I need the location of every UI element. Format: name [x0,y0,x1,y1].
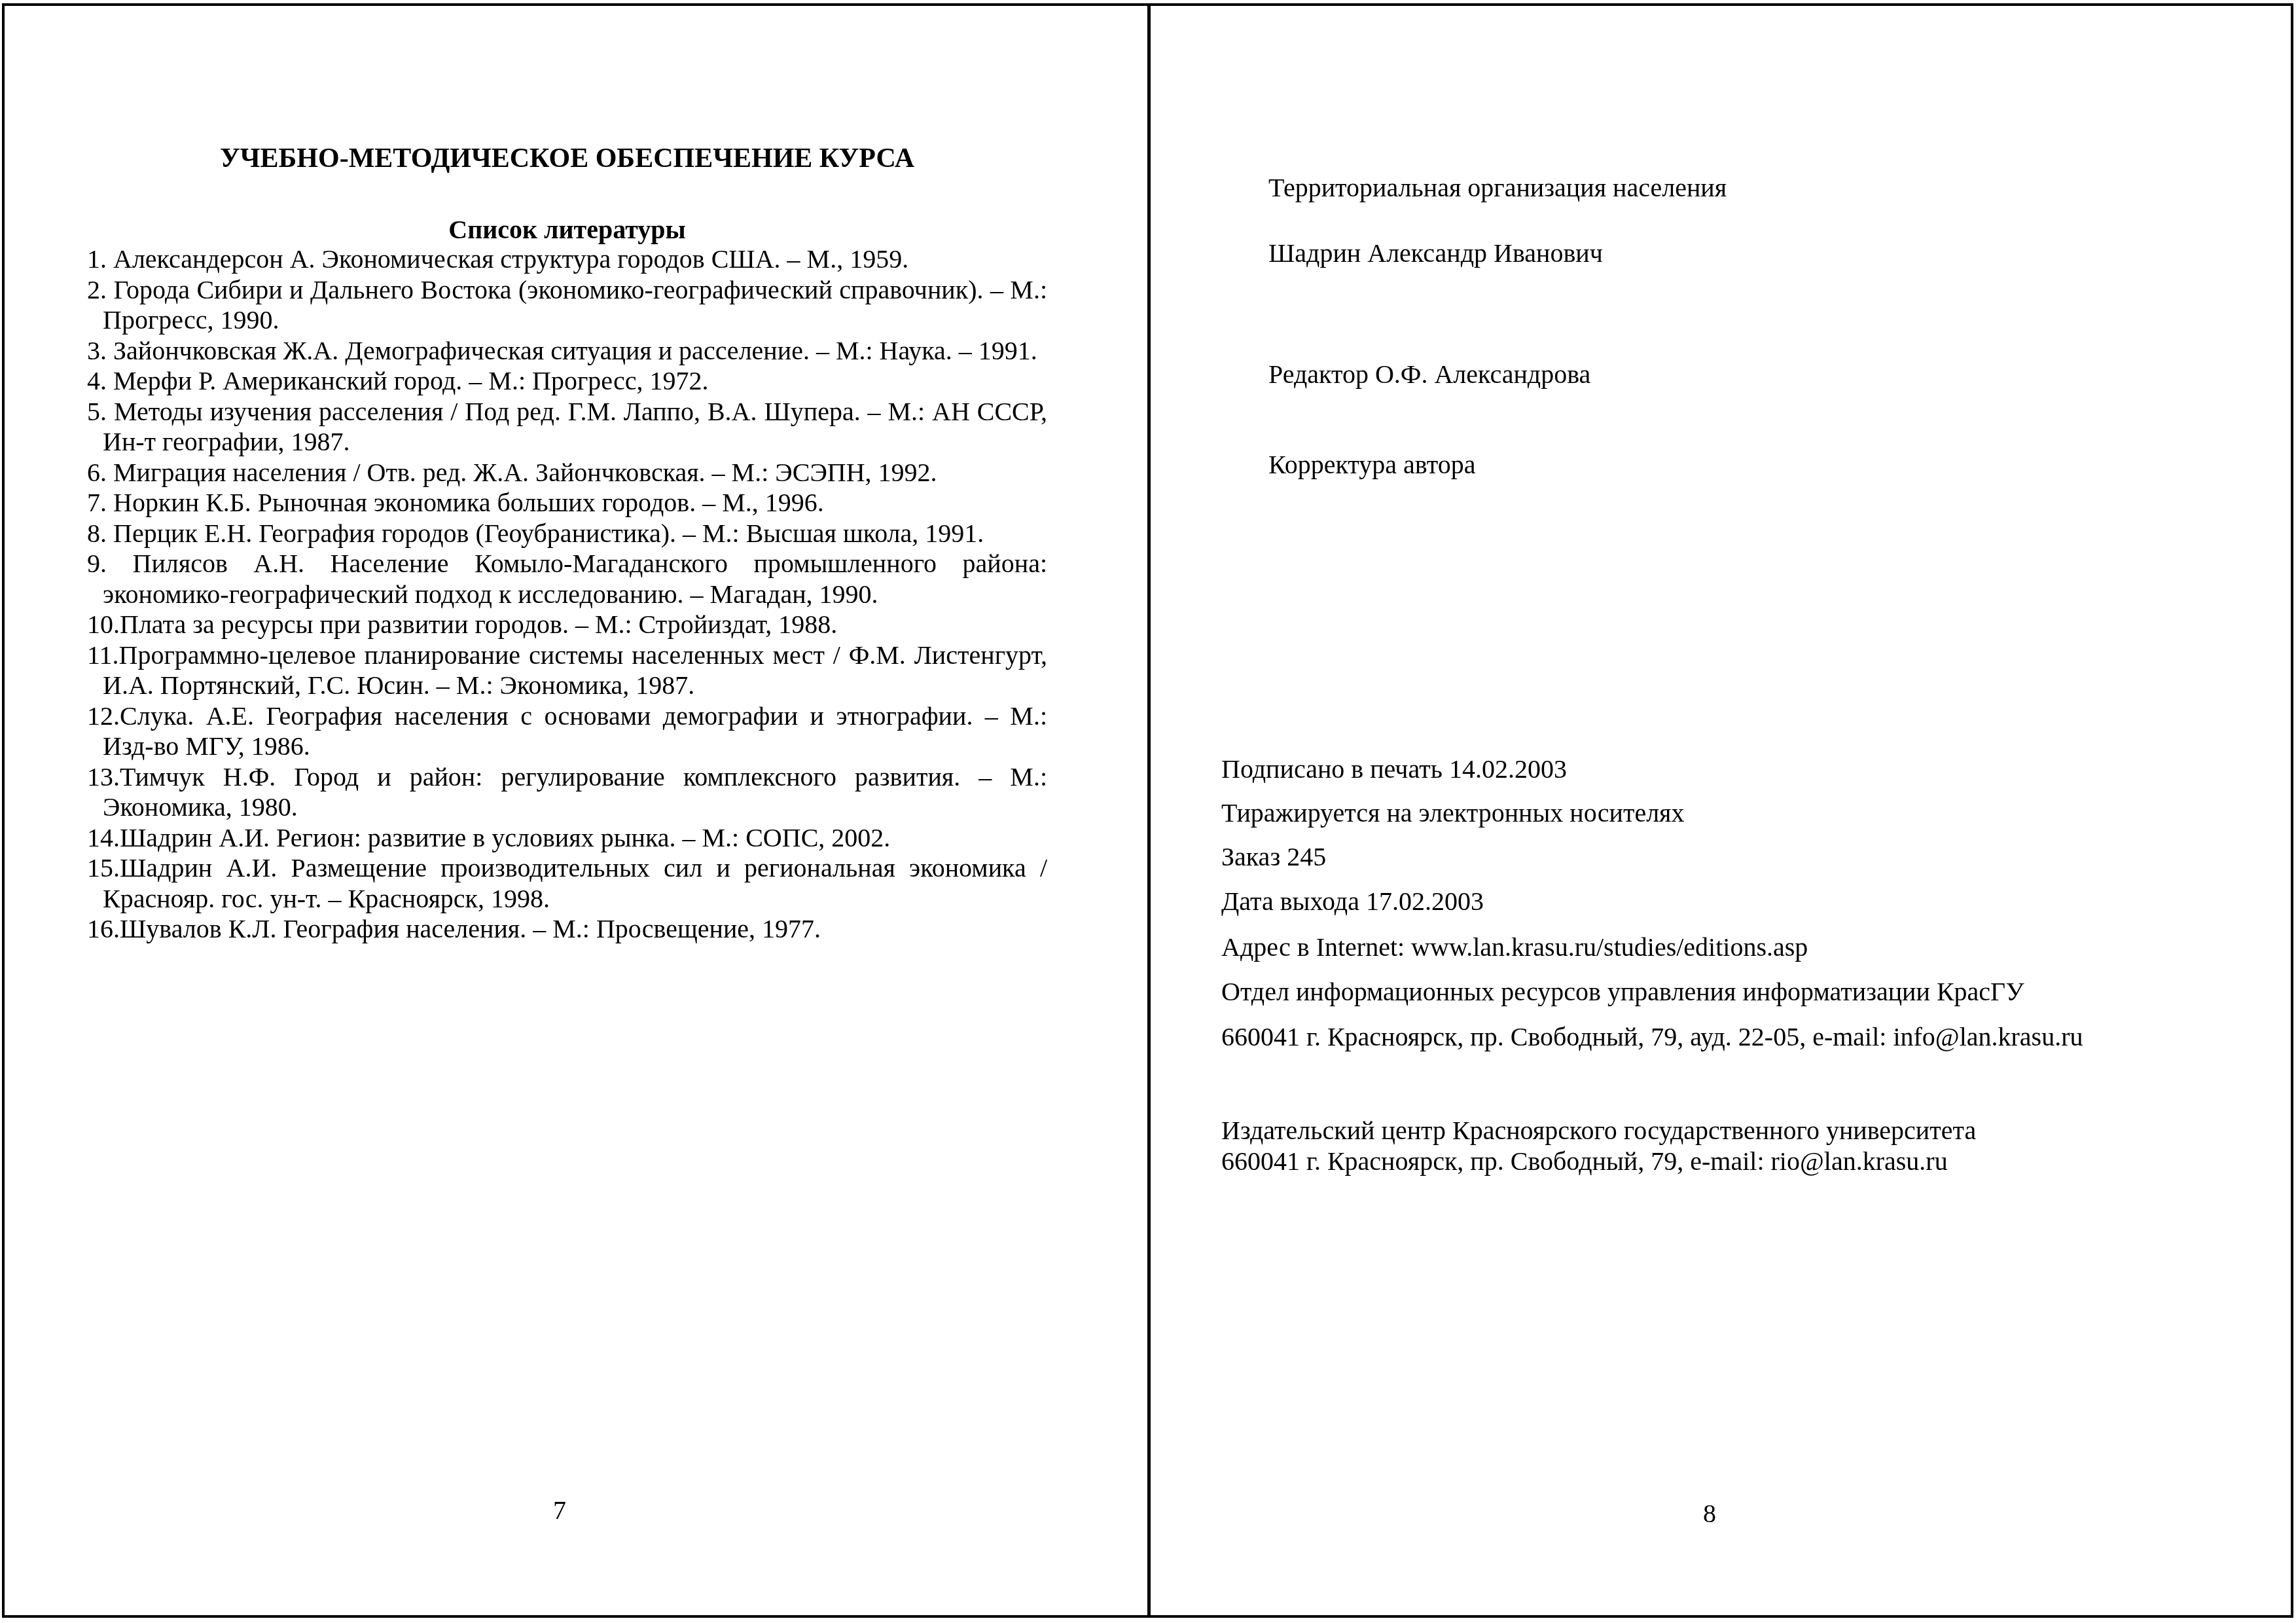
reference-text: Шадрин А.И. Регион: развитие в условиях … [120,823,890,852]
page-number-right: 8 [1703,1499,1716,1529]
reference-text: Программно-целевое планирование системы … [103,640,1047,701]
reference-item: 14.Шадрин А.И. Регион: развитие в услови… [87,823,1047,854]
reference-number: 15. [87,853,120,883]
reference-number: 7. [87,488,113,517]
reference-text: Перцик Е.Н. География городов (Геоубрани… [113,519,984,548]
reference-text: Города Сибири и Дальнего Востока (эконом… [103,275,1047,335]
reference-item: 13.Тимчук Н.Ф. Город и район: регулирова… [87,762,1047,823]
reference-text: Миграция населения / Отв. ред. Ж.А. Зайо… [113,458,937,487]
reference-number: 10. [87,610,120,639]
reference-item: 7. Норкин К.Б. Рыночная экономика больши… [87,488,1047,519]
reference-text: Александерсон А. Экономическая структура… [113,244,908,274]
order-number-line: Заказ 245 [1221,842,1326,872]
page-number-left: 7 [553,1495,566,1525]
reference-number: 6. [87,458,113,487]
reference-number: 9. [87,549,133,578]
reference-number: 8. [87,519,113,548]
publisher-address-line: 660041 г. Красноярск, пр. Свободный, 79,… [1221,1146,1948,1176]
left-page: УЧЕБНО-МЕТОДИЧЕСКОЕ ОБЕСПЕЧЕНИЕ КУРСА Сп… [0,0,1147,1623]
section-title: УЧЕБНО-МЕТОДИЧЕСКОЕ ОБЕСПЕЧЕНИЕ КУРСА [87,143,1047,174]
reference-number: 16. [87,914,120,943]
reference-text: Мерфи Р. Американский город. – М.: Прогр… [113,366,709,395]
literature-list: 1. Александерсон А. Экономическая структ… [87,244,1047,945]
reference-item: 10.Плата за ресурсы при развитии городов… [87,610,1047,640]
reference-item: 16.Шувалов К.Л. География населения. – М… [87,914,1047,945]
reference-number: 2. [87,275,113,304]
reference-item: 11.Программно-целевое планирование систе… [87,640,1047,701]
reference-text: Шувалов К.Л. География населения. – М.: … [120,914,821,943]
signed-to-print-line: Подписано в печать 14.02.2003 [1221,754,1567,784]
reference-item: 1. Александерсон А. Экономическая структ… [87,244,1047,275]
reference-number: 5. [87,397,114,426]
reference-text: Методы изучения расселения / Под ред. Г.… [103,397,1047,457]
reference-number: 13. [87,762,120,792]
department-line: Отдел информационных ресурсов управления… [1221,977,2024,1007]
reference-text: Норкин К.Б. Рыночная экономика больших г… [113,488,824,517]
reference-item: 15.Шадрин А.И. Размещение производительн… [87,853,1047,914]
department-address-line: 660041 г. Красноярск, пр. Свободный, 79,… [1221,1022,2083,1052]
reference-item: 5. Методы изучения расселения / Под ред.… [87,397,1047,458]
proofreading-line: Корректура автора [1268,450,1475,480]
reference-item: 2. Города Сибири и Дальнего Востока (эко… [87,275,1047,336]
reference-text: Слука. А.Е. География населения с основа… [103,701,1047,761]
reference-number: 14. [87,823,120,852]
literature-list-heading: Список литературы [87,215,1047,245]
reference-text: Зайончковская Ж.А. Демографическая ситуа… [113,336,1037,365]
reference-item: 6. Миграция населения / Отв. ред. Ж.А. З… [87,458,1047,488]
reference-number: 11. [87,640,119,670]
author-name: Шадрин Александр Иванович [1268,238,1603,268]
reference-number: 12. [87,701,120,731]
reference-text: Плата за ресурсы при развитии городов. –… [120,610,837,639]
reference-text: Тимчук Н.Ф. Город и район: регулирование… [103,762,1047,822]
reference-item: 12.Слука. А.Е. География населения с осн… [87,701,1047,762]
reference-number: 1. [87,244,113,274]
right-page: Территориальная организация населения Ша… [1151,0,2293,1623]
reference-item: 9. Пилясов А.Н. Население Комыло-Магадан… [87,549,1047,610]
book-title: Территориальная организация населения [1268,173,1727,203]
reference-item: 3. Зайончковская Ж.А. Демографическая си… [87,336,1047,367]
reference-number: 4. [87,366,113,395]
publisher-name-line: Издательский центр Красноярского государ… [1221,1116,1976,1146]
reference-number: 3. [87,336,113,365]
internet-address-line: Адрес в Internet: www.lan.krasu.ru/studi… [1221,932,1808,962]
reference-text: Пилясов А.Н. Население Комыло-Магаданско… [103,549,1047,609]
distribution-line: Тиражируется на электронных носителях [1221,798,1685,828]
editor-line: Редактор О.Ф. Александрова [1268,359,1590,390]
reference-item: 4. Мерфи Р. Американский город. – М.: Пр… [87,366,1047,397]
reference-text: Шадрин А.И. Размещение производительных … [103,853,1047,913]
reference-item: 8. Перцик Е.Н. География городов (Геоубр… [87,519,1047,549]
release-date-line: Дата выхода 17.02.2003 [1221,886,1484,917]
